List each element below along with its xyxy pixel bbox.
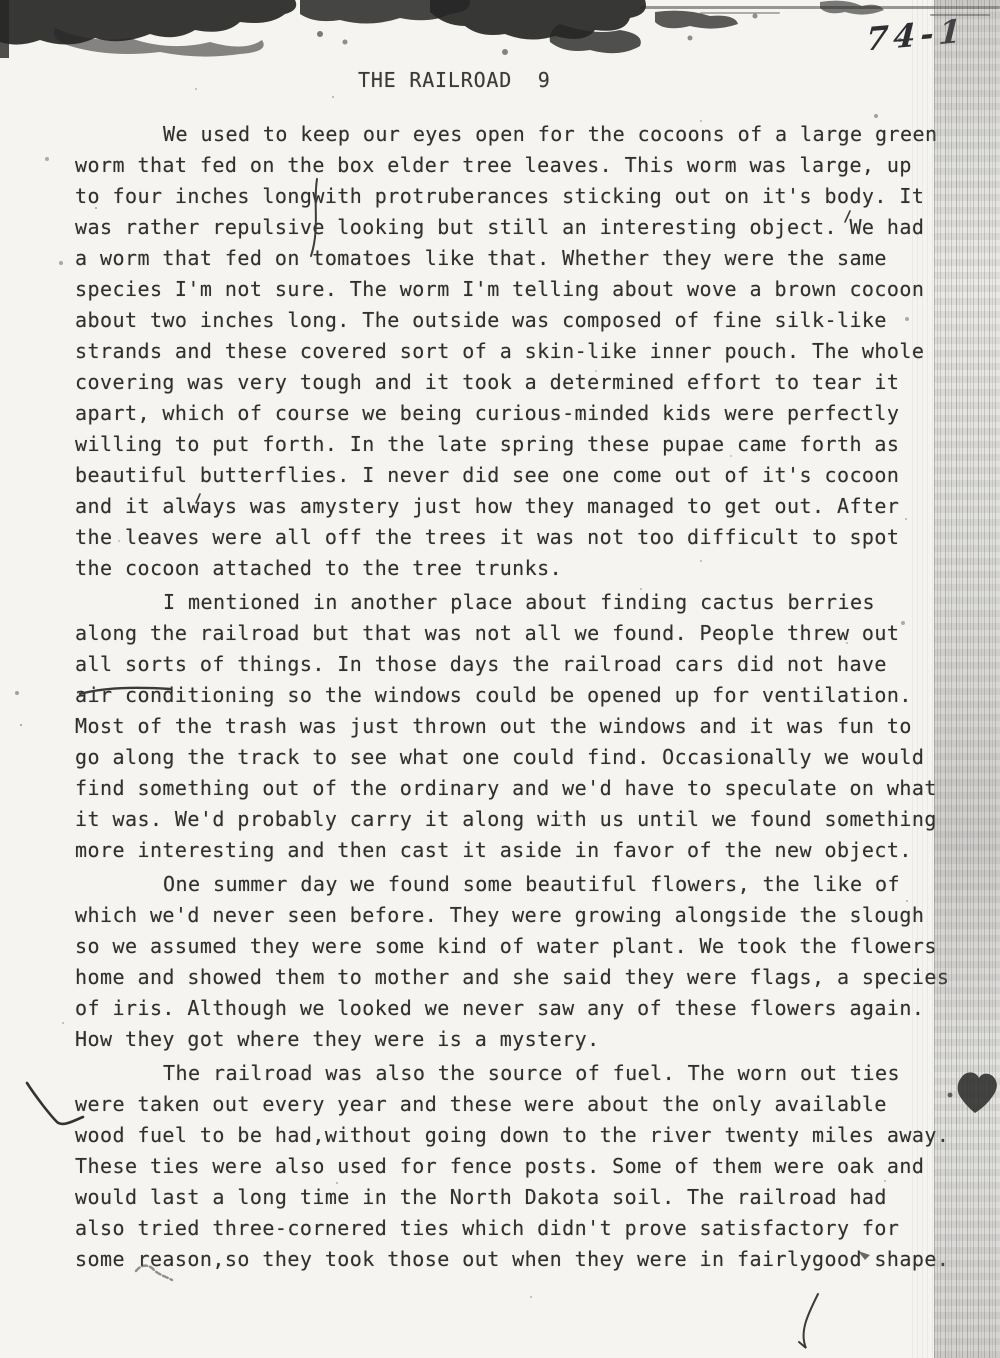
text-line: species I'm not sure. The worm I'm telli… <box>75 274 955 305</box>
text-line: air conditioning so the windows could be… <box>75 680 955 711</box>
text-line: worm that fed on the box elder tree leav… <box>75 150 955 181</box>
text-line: about two inches long. The outside was c… <box>75 305 955 336</box>
text-line: was rather repulsive looking but still a… <box>75 212 955 243</box>
text-line: also tried three-cornered ties which did… <box>75 1213 955 1244</box>
pen-slash-bottom <box>799 1294 818 1348</box>
text-line: These ties were also used for fence post… <box>75 1151 955 1182</box>
text-line: beautiful butterflies. I never did see o… <box>75 460 955 491</box>
text-line: of iris. Although we looked we never saw… <box>75 993 955 1024</box>
text-line: home and showed them to mother and she s… <box>75 962 955 993</box>
text-line: willing to put forth. In the late spring… <box>75 429 955 460</box>
dust-specks <box>0 0 2 2</box>
text-line: Most of the trash was just thrown out th… <box>75 711 955 742</box>
text-line: to four inches longwith protruberances s… <box>75 181 955 212</box>
toner-smudge-top <box>0 0 1000 72</box>
text-line: the cocoon attached to the tree trunks. <box>75 553 955 584</box>
text-line: more interesting and then cast it aside … <box>75 835 955 866</box>
text-line: would last a long time in the North Dako… <box>75 1182 955 1213</box>
text-line: it was. We'd probably carry it along wit… <box>75 804 955 835</box>
body-text: We used to keep our eyes open for the co… <box>75 116 955 1275</box>
text-line: along the railroad but that was not all … <box>75 618 955 649</box>
text-line: some reason,so they took those out when … <box>75 1244 955 1275</box>
text-line: the leaves were all off the trees it was… <box>75 522 955 553</box>
text-line: were taken out every year and these were… <box>75 1089 955 1120</box>
text-line: so we assumed they were some kind of wat… <box>75 931 955 962</box>
text-line: which we'd never seen before. They were … <box>75 900 955 931</box>
scan-streaks-right-inner <box>912 0 940 1358</box>
text-line: a worm that fed on tomatoes like that. W… <box>75 243 955 274</box>
scan-streaks-right <box>934 0 1000 1358</box>
text-line: covering was very tough and it took a de… <box>75 367 955 398</box>
text-line: The railroad was also the source of fuel… <box>75 1058 955 1089</box>
text-line: apart, which of course we being curious-… <box>75 398 955 429</box>
text-line: find something out of the ordinary and w… <box>75 773 955 804</box>
page-title: THE RAILROAD 9 <box>358 68 551 92</box>
text-line: strands and these covered sort of a skin… <box>75 336 955 367</box>
text-line: wood fuel to be had,without going down t… <box>75 1120 955 1151</box>
text-line: go along the track to see what one could… <box>75 742 955 773</box>
text-line: all sorts of things. In those days the r… <box>75 649 955 680</box>
text-line: We used to keep our eyes open for the co… <box>75 119 955 150</box>
text-line: I mentioned in another place about findi… <box>75 587 955 618</box>
text-line: One summer day we found some beautiful f… <box>75 869 955 900</box>
text-line: and it always was amystery just how they… <box>75 491 955 522</box>
text-line: How they got where they were is a myster… <box>75 1024 955 1055</box>
scanned-page: 74-1 THE RAILROAD 9 We used to keep our … <box>0 0 1000 1358</box>
